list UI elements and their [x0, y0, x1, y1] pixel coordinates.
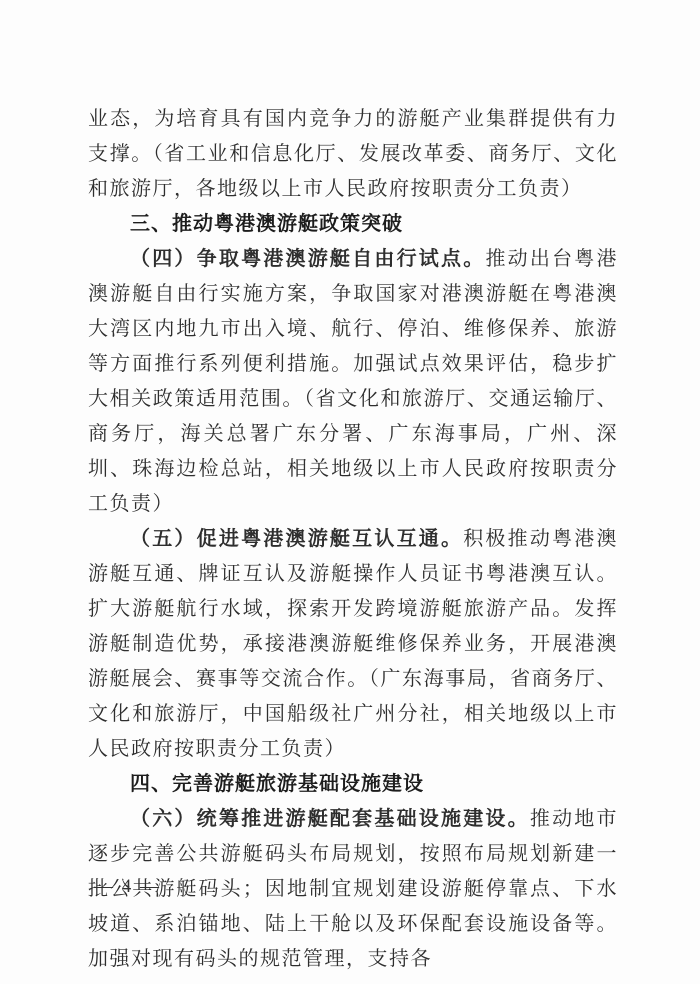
paragraph-item-5: （五）促进粤港澳游艇互认互通。积极推动粤港澳游艇互通、牌证互认及游艇操作人员证书…: [88, 522, 618, 767]
paragraph-text: 推动出台粤港澳游艇自由行实施方案，争取国家对港澳游艇在粤港澳大湾区内地九市出入境…: [88, 248, 618, 515]
section-heading-4: 四、完善游艇旅游基础设施建设: [88, 767, 618, 802]
section-heading-3: 三、推动粤港澳游艇政策突破: [88, 207, 618, 242]
paragraph-lead: （五）促进粤港澳游艇互认互通。: [130, 528, 463, 550]
paragraph-text: 推动地市逐步完善公共游艇码头布局规划，按照布局规划新建一批公共游艇码头；因地制宜…: [88, 808, 618, 970]
page-number: — 4 —: [94, 872, 161, 902]
paragraph-continuation: 业态，为培育具有国内竞争力的游艇产业集群提供有力支撑。（省工业和信息化厅、发展改…: [88, 102, 618, 207]
paragraph-text: 积极推动粤港澳游艇互通、牌证互认及游艇操作人员证书粤港澳互认。扩大游艇航行水域，…: [88, 528, 618, 760]
document-body: 业态，为培育具有国内竞争力的游艇产业集群提供有力支撑。（省工业和信息化厅、发展改…: [88, 102, 618, 977]
document-page: 业态，为培育具有国内竞争力的游艇产业集群提供有力支撑。（省工业和信息化厅、发展改…: [0, 0, 700, 984]
paragraph-item-6: （六）统筹推进游艇配套基础设施建设。推动地市逐步完善公共游艇码头布局规划，按照布…: [88, 802, 618, 977]
paragraph-item-4: （四）争取粤港澳游艇自由行试点。推动出台粤港澳游艇自由行实施方案，争取国家对港澳…: [88, 242, 618, 522]
paragraph-lead: （六）统筹推进游艇配套基础设施建设。: [130, 808, 530, 830]
paragraph-lead: （四）争取粤港澳游艇自由行试点。: [130, 248, 485, 270]
paragraph-text: 业态，为培育具有国内竞争力的游艇产业集群提供有力支撑。（省工业和信息化厅、发展改…: [88, 108, 618, 200]
